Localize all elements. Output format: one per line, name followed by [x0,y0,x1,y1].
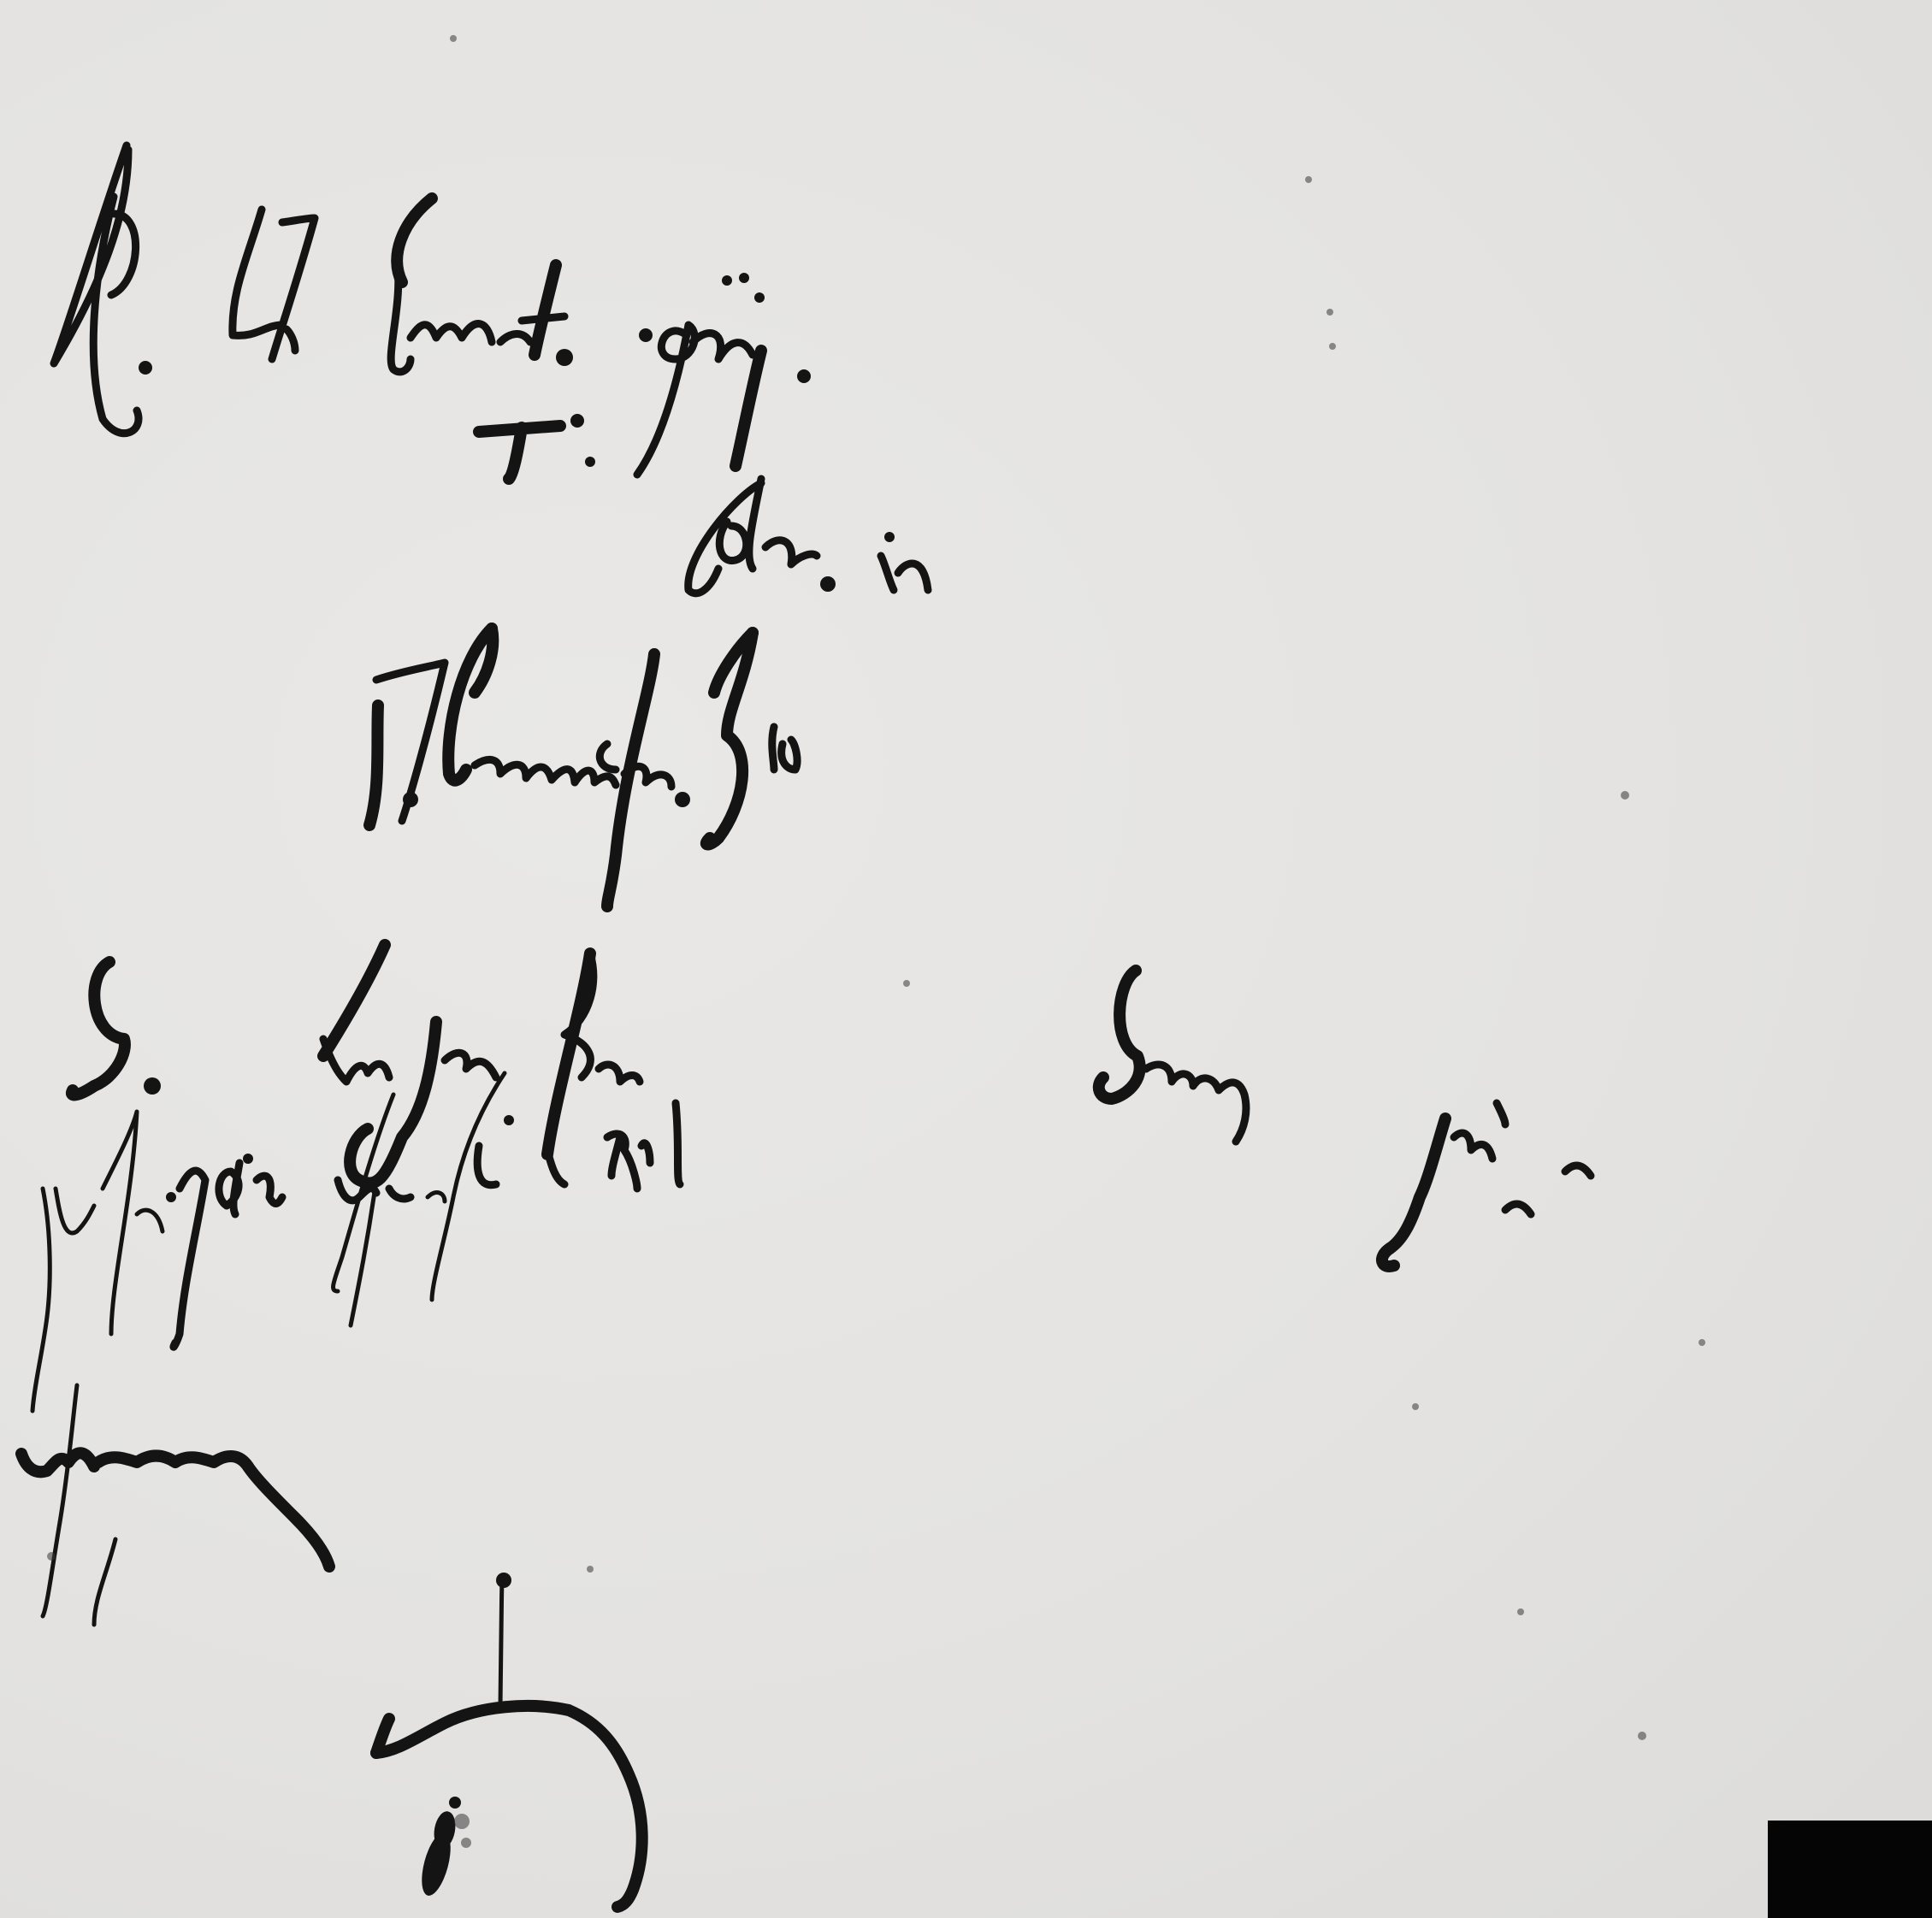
ink-blot [417,1797,471,1898]
line-5-ink [32,1073,1591,1411]
handwriting-strokes [0,0,1932,1918]
line-3-ink [369,629,797,906]
line-6-ink [21,1385,329,1625]
manuscript-page: R. 4. Emet. grij. 7. Solo. in V. Commun.… [0,0,1932,1918]
line-1-ink [54,145,811,475]
scan-border-corner [1768,1821,1932,1918]
line-2-ink [479,414,928,593]
line-4-ink [72,945,1246,1183]
closing-flourish-ink [376,1573,642,1907]
